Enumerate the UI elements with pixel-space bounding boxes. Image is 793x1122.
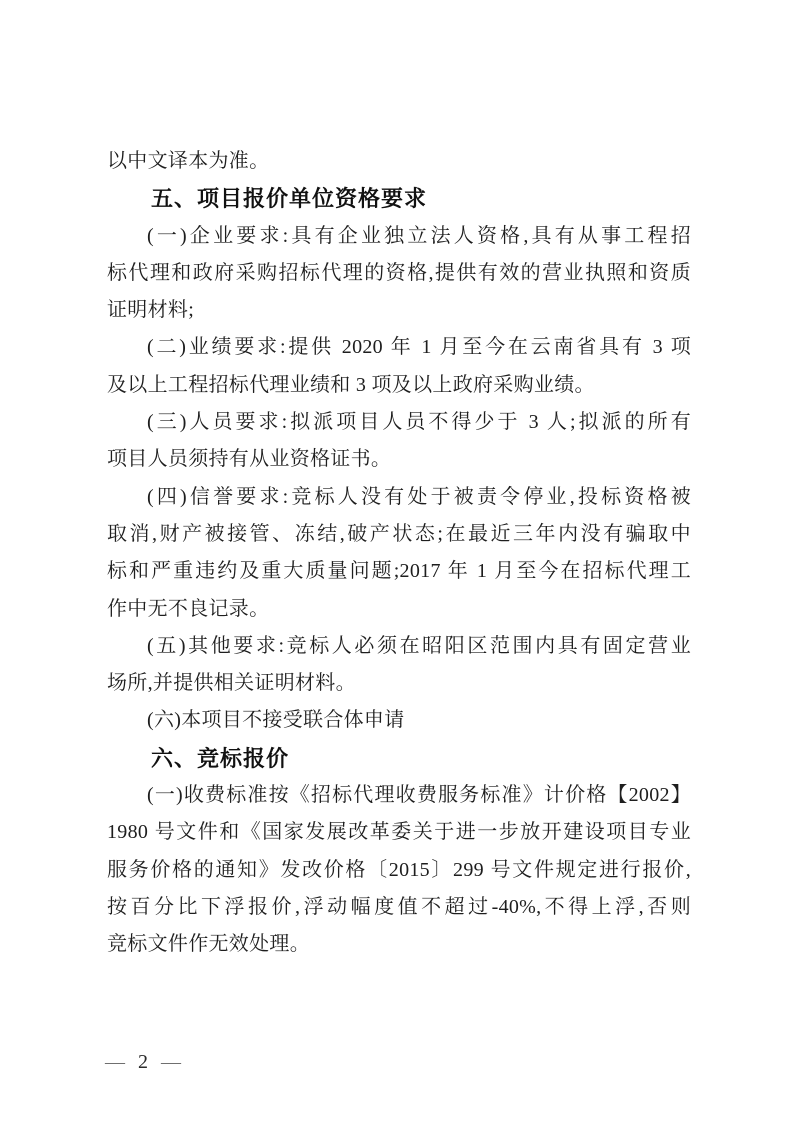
doc-line-7: 及以上工程招标代理业绩和 3 项及以上政府采购业绩。	[107, 367, 691, 404]
doc-line-18: (一)收费标准按《招标代理收费服务标准》计价格【2002】	[107, 777, 691, 814]
doc-line-10: (四)信誉要求:竞标人没有处于被责令停业,投标资格被	[107, 479, 691, 516]
doc-line-22: 竞标文件作无效处理。	[107, 926, 691, 963]
doc-line-4: 标代理和政府采购招标代理的资格,提供有效的营业执照和资质	[107, 255, 691, 292]
doc-line-13: 作中无不良记录。	[107, 591, 691, 628]
doc-line-1: 以中文译本为准。	[107, 143, 691, 180]
doc-line-8: (三)人员要求:拟派项目人员不得少于 3 人;拟派的所有	[107, 404, 691, 441]
doc-line-9: 项目人员须持有从业资格证书。	[107, 441, 691, 478]
page-number-dash-left: —	[105, 1051, 127, 1073]
document-body: 以中文译本为准。 五、项目报价单位资格要求 (一)企业要求:具有企业独立法人资格…	[107, 143, 691, 964]
doc-line-16: (六)本项目不接受联合体申请	[107, 702, 691, 739]
page-number-value: 2	[134, 1051, 154, 1073]
doc-line-15: 场所,并提供相关证明材料。	[107, 665, 691, 702]
page-number: — 2 —	[105, 1048, 183, 1076]
section-heading-6: 六、竞标报价	[107, 740, 691, 777]
doc-line-11: 取消,财产被接管、冻结,破产状态;在最近三年内没有骗取中	[107, 516, 691, 553]
section-heading-5: 五、项目报价单位资格要求	[107, 180, 691, 217]
page-number-dash-right: —	[161, 1051, 183, 1073]
doc-line-5: 证明材料;	[107, 292, 691, 329]
doc-line-19: 1980 号文件和《国家发展改革委关于进一步放开建设项目专业	[107, 814, 691, 851]
doc-line-20: 服务价格的通知》发改价格〔2015〕299 号文件规定进行报价,	[107, 852, 691, 889]
doc-line-12: 标和严重违约及重大质量问题;2017 年 1 月至今在招标代理工	[107, 553, 691, 590]
doc-line-3: (一)企业要求:具有企业独立法人资格,具有从事工程招	[107, 218, 691, 255]
document-page: 以中文译本为准。 五、项目报价单位资格要求 (一)企业要求:具有企业独立法人资格…	[0, 0, 793, 1122]
doc-line-21: 按百分比下浮报价,浮动幅度值不超过-40%,不得上浮,否则	[107, 889, 691, 926]
doc-line-6: (二)业绩要求:提供 2020 年 1 月至今在云南省具有 3 项	[107, 329, 691, 366]
doc-line-14: (五)其他要求:竞标人必须在昭阳区范围内具有固定营业	[107, 628, 691, 665]
